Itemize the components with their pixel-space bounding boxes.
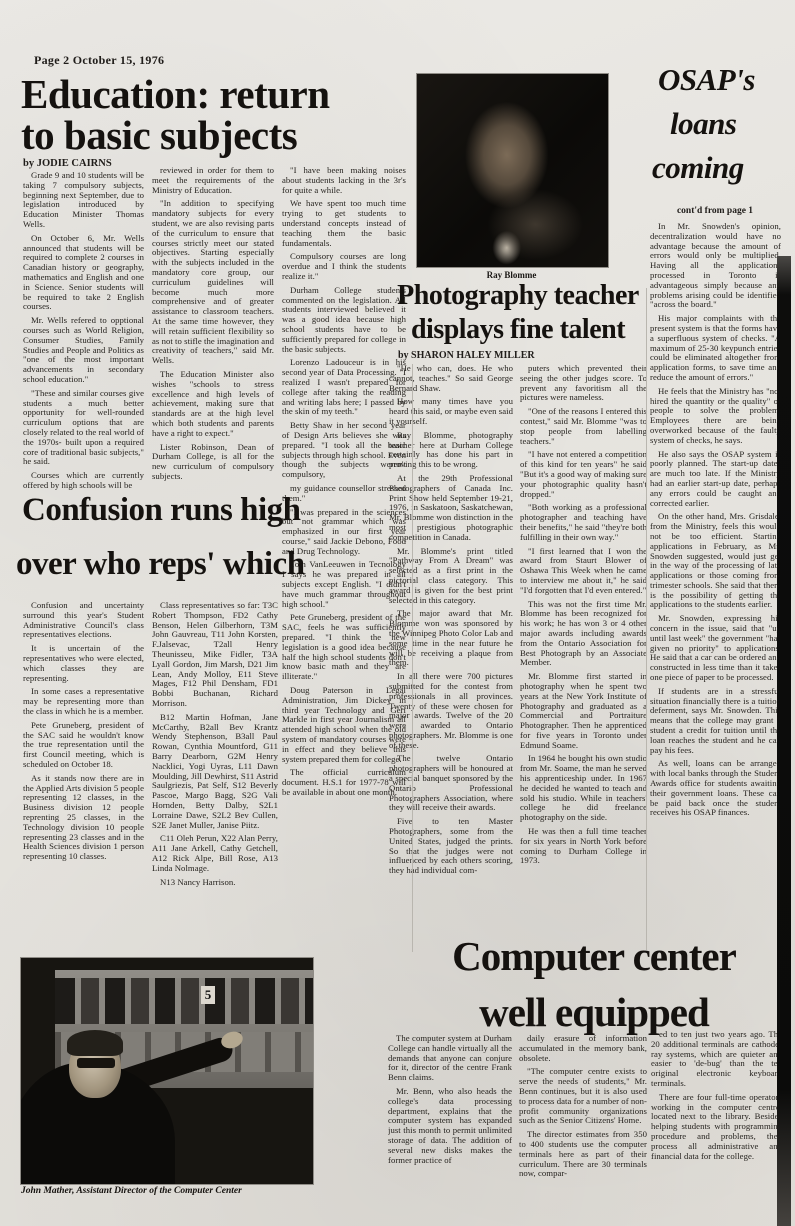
paragraph: Ray Blomme, photography teacher here at … <box>389 431 513 470</box>
computer-room-photo: 5 <box>20 957 314 1185</box>
paragraph: C11 Oleh Perun, X22 Alan Perry, A11 Jane… <box>152 834 278 873</box>
paragraph: He also says the OSAP system is poorly p… <box>650 450 781 509</box>
paragraph: On the other hand, Mrs. Grisdale, from t… <box>650 512 781 610</box>
paragraph: Lorenzo Ladouceur is in his second year … <box>282 358 406 417</box>
paragraph: "I first learned that I won the award fr… <box>520 547 647 596</box>
machine-module-slots <box>55 978 313 1024</box>
paragraph: Pete Gruneberg, president of the SAC, fe… <box>282 613 406 682</box>
computer-headline-line1: Computer center <box>400 936 788 977</box>
paragraph: Pete Gruneberg, president of the SAC sai… <box>23 721 144 770</box>
paragraph: On October 6, Mr. Wells announced that s… <box>23 234 144 312</box>
confusion-headline-line1: Confusion runs high <box>22 494 300 527</box>
education-headline-line1: Education: return <box>21 74 423 115</box>
confusion-headline-line2: over who reps' which <box>16 548 305 581</box>
education-column-2: reviewed in order for them to meet the r… <box>152 166 274 492</box>
osap-headline-line2: loans <box>670 102 755 146</box>
scan-edge-artifact <box>777 256 791 1226</box>
paragraph: Mr. Wells refered to opptional courses s… <box>23 316 144 385</box>
photography-column-1: "He who can, does. He who cannot, teache… <box>389 364 513 956</box>
computer-room-photo-caption: John Mather, Assistant Director of the C… <box>21 1186 321 1196</box>
computer-column-1: The computer system at Durham College ca… <box>388 1034 512 1224</box>
man-hair <box>67 1030 123 1056</box>
paragraph: ed to ten just two years ago. The 20 add… <box>651 1030 782 1089</box>
paragraph: Mr. Benn, who also heads the college's d… <box>388 1087 512 1165</box>
paragraph: As it stands now there are in the Applie… <box>23 774 144 862</box>
photography-byline: by SHARON HALEY MILLER <box>398 350 535 361</box>
paragraph: Five to ten Master Photographers, some f… <box>389 817 513 876</box>
paragraph: Doug Paterson in Legal Administration, J… <box>282 686 406 764</box>
paragraph: He feels that the Ministry has "not hire… <box>650 387 781 446</box>
man-glasses <box>77 1058 115 1068</box>
paragraph: The Education Minister also wishes "scho… <box>152 370 274 439</box>
osap-continued-note: cont'd from page 1 <box>648 206 782 216</box>
paragraph: "He who can, does. He who cannot, teache… <box>389 364 513 393</box>
paragraph: How many times have you heard this said,… <box>389 397 513 426</box>
paragraph: He was then a full time teacher for six … <box>520 827 647 866</box>
osap-headline: OSAP's loans coming <box>652 58 755 190</box>
photography-column-2: puters which prevented their seeing the … <box>520 364 647 956</box>
paragraph: "These and similar courses give students… <box>23 389 144 467</box>
osap-headline-line1: OSAP's <box>658 58 755 102</box>
paragraph: We have spent too much time trying to ge… <box>282 199 406 248</box>
paragraph: The twelve Ontario photographers will be… <box>389 754 513 813</box>
column-divider-rule <box>412 364 413 952</box>
paragraph: There are four full-time operators worki… <box>651 1093 782 1162</box>
paragraph: This was not the first time Mr. Blomme h… <box>520 600 647 669</box>
newspaper-page: Page 2 October 15, 1976 Education: retur… <box>0 0 795 1226</box>
paragraph: The director estimates from 350 to 400 s… <box>519 1130 647 1179</box>
education-column-1: Grade 9 and 10 students will be taking 7… <box>23 171 144 491</box>
paragraph: "I have been making noises about student… <box>282 166 406 195</box>
paragraph: daily erasure of information accumulated… <box>519 1034 647 1063</box>
paragraph: The computer system at Durham College ca… <box>388 1034 512 1083</box>
paragraph: Mr. Snowden, expressing his concern in t… <box>650 614 781 683</box>
paragraph: "The computer centre exists to serve the… <box>519 1067 647 1126</box>
paragraph: B12 Martin Hofman, Jane McCarthy, B2all … <box>152 713 278 831</box>
paragraph: It is uncertain of the representatives w… <box>23 644 144 683</box>
page-masthead: Page 2 October 15, 1976 <box>34 53 164 68</box>
paragraph: In 1964 he bought his own studio from Mr… <box>520 754 647 823</box>
photography-headline-line2: displays fine talent <box>384 316 652 344</box>
confusion-column-2: Class representatives so far: T3C Robert… <box>152 601 278 953</box>
paragraph: Lister Robinson, Dean of Durham College,… <box>152 443 274 482</box>
paragraph: Compulsory courses are long overdue and … <box>282 252 406 281</box>
computer-headline-line2: well equipped <box>400 992 788 1033</box>
computer-column-3: ed to ten just two years ago. The 20 add… <box>651 1030 782 1224</box>
paragraph: Class representatives so far: T3C Robert… <box>152 601 278 709</box>
paragraph: Confusion and uncertainty surround this … <box>23 601 144 640</box>
paragraph: Grade 9 and 10 students will be taking 7… <box>23 171 144 230</box>
paragraph: puters which prevented their seeing the … <box>520 364 647 403</box>
paragraph: "In addition to specifying mandatory sub… <box>152 199 274 366</box>
paragraph: N13 Nancy Harrison. <box>152 878 278 888</box>
paragraph: In all there were 700 pictures submitted… <box>389 672 513 750</box>
paragraph: The official curriculum document. H.S.1 … <box>282 768 406 797</box>
paragraph: As well, loans can be arranged with loca… <box>650 759 781 818</box>
paragraph: In Mr. Snowden's opinion, decentralizati… <box>650 222 781 310</box>
paragraph: In some cases a representative may be re… <box>23 687 144 716</box>
paragraph: The major award that Mr. Blomme won was … <box>389 609 513 668</box>
education-headline-line2: to basic subjects <box>21 115 423 156</box>
paragraph: If students are in a stressful situation… <box>650 687 781 756</box>
osap-headline-line3: coming <box>652 146 755 190</box>
paragraph: Mr. Blomme's print titled "Pathway From … <box>389 547 513 606</box>
paragraph: "One of the reasons I entered this conte… <box>520 407 647 446</box>
osap-column: In Mr. Snowden's opinion, decentralizati… <box>650 222 781 952</box>
photography-headline-line1: Photography teacher <box>384 282 652 310</box>
column-divider-rule <box>646 288 647 950</box>
paragraph: His major complaints with the present sy… <box>650 314 781 383</box>
paragraph: "I have not entered a competition of thi… <box>520 450 647 499</box>
machine-display-digit: 5 <box>201 986 215 1004</box>
confusion-column-1: Confusion and uncertainty surround this … <box>23 601 144 947</box>
paragraph: At the 29th Professional Photographers o… <box>389 474 513 543</box>
paragraph: Courses which are currently offered by h… <box>23 471 144 491</box>
paragraph: Mr. Blomme first started in photography … <box>520 672 647 750</box>
education-headline: Education: return to basic subjects <box>21 74 423 156</box>
man-face <box>69 1036 121 1098</box>
paragraph: reviewed in order for them to meet the r… <box>152 166 274 195</box>
paragraph: "Both working as a professional photogra… <box>520 503 647 542</box>
ray-blomme-photo <box>416 73 609 268</box>
ray-blomme-photo-caption: Ray Blomme <box>416 270 607 280</box>
education-byline: by JODIE CAIRNS <box>23 158 112 169</box>
paragraph: Betty Shaw in her second year of Design … <box>282 421 406 480</box>
computer-column-2: daily erasure of information accumulated… <box>519 1034 647 1224</box>
paragraph: my guidance counsellor stressed them." <box>282 484 406 504</box>
